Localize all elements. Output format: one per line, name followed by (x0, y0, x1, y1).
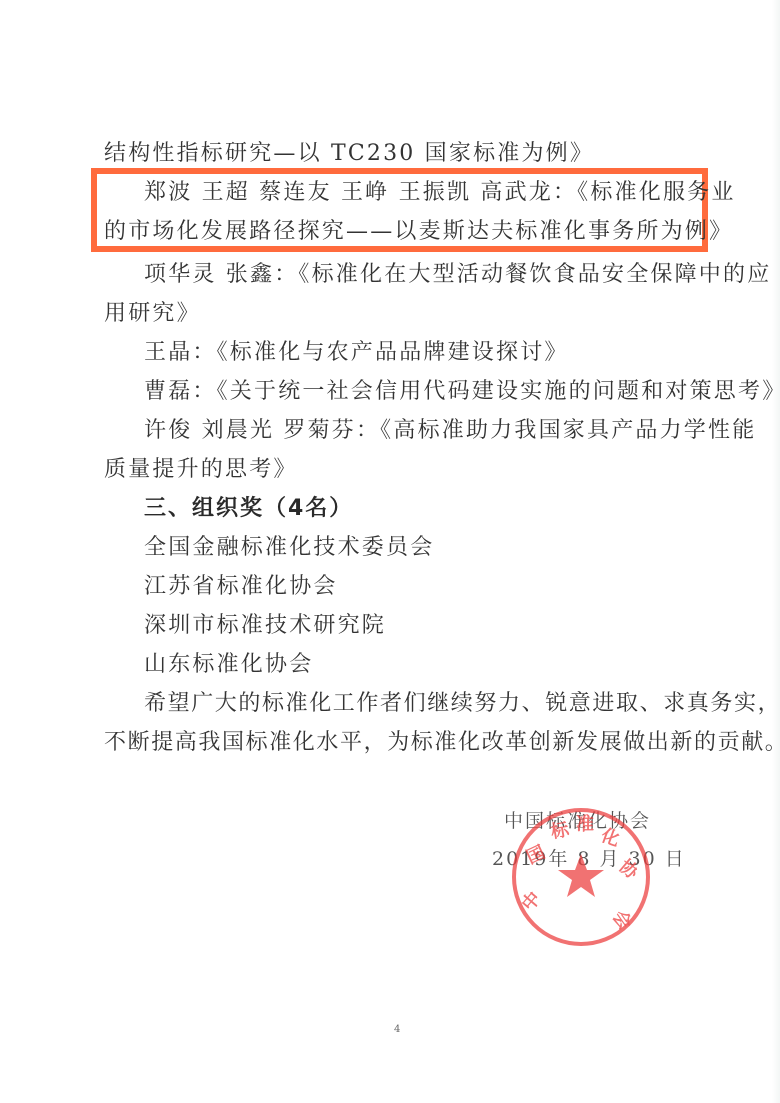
svg-text:标: 标 (548, 818, 572, 843)
organization-award-item: 全国金融标准化技术委员会 (144, 535, 434, 561)
svg-text:国: 国 (523, 842, 548, 869)
svg-text:会: 会 (608, 906, 636, 933)
award-entry-caolei: 曹磊：《关于统一社会信用代码建设实施的问题和对策思考》 (144, 379, 780, 405)
award-entry-xianghualing-cont: 用研究》 (104, 301, 201, 327)
award-entry-xianghualing: 项华灵 张鑫：《标准化在大型活动餐饮食品安全保障中的应 (144, 262, 771, 288)
award-entry-zhengbo: 郑波 王超 蔡连友 王峥 王振凯 高武龙：《标准化服务业 (144, 180, 736, 206)
official-seal-stamp: 中 国 标 准 化 协 会 (512, 808, 650, 946)
award-entry-xujun-cont: 质量提升的思考》 (104, 457, 298, 483)
svg-text:化: 化 (597, 825, 622, 851)
page-number: 4 (394, 1024, 400, 1035)
star-icon: 中 国 标 准 化 协 会 (516, 812, 646, 942)
closing-paragraph-line: 希望广大的标准化工作者们继续努力、锐意进取、求真务实， (144, 691, 780, 717)
organization-award-item: 江苏省标准化协会 (144, 574, 338, 600)
award-entry-zhengbo-cont: 的市场化发展路径探究——以麦斯达夫标准化事务所为例》 (104, 219, 733, 245)
svg-text:准: 准 (576, 813, 594, 835)
organization-award-item: 山东标准化协会 (144, 652, 313, 678)
award-entry-xujun: 许俊 刘晨光 罗菊芬：《高标准助力我国家具产品力学性能 (144, 418, 756, 444)
closing-paragraph-line: 不断提高我国标准化水平，为标准化改革创新发展做出新的贡献。 (104, 730, 780, 756)
organization-award-item: 深圳市标准技术研究院 (144, 613, 386, 639)
text-line-continuation: 结构性指标研究—以 TC230 国家标准为例》 (104, 141, 594, 167)
svg-text:协: 协 (615, 855, 644, 884)
page-edge (772, 0, 780, 1103)
section-heading-organization-award: 三、组织奖（4名） (144, 496, 353, 522)
award-entry-wangjing: 王晶：《标准化与农产品品牌建设探讨》 (144, 340, 569, 366)
svg-text:中: 中 (517, 887, 545, 915)
